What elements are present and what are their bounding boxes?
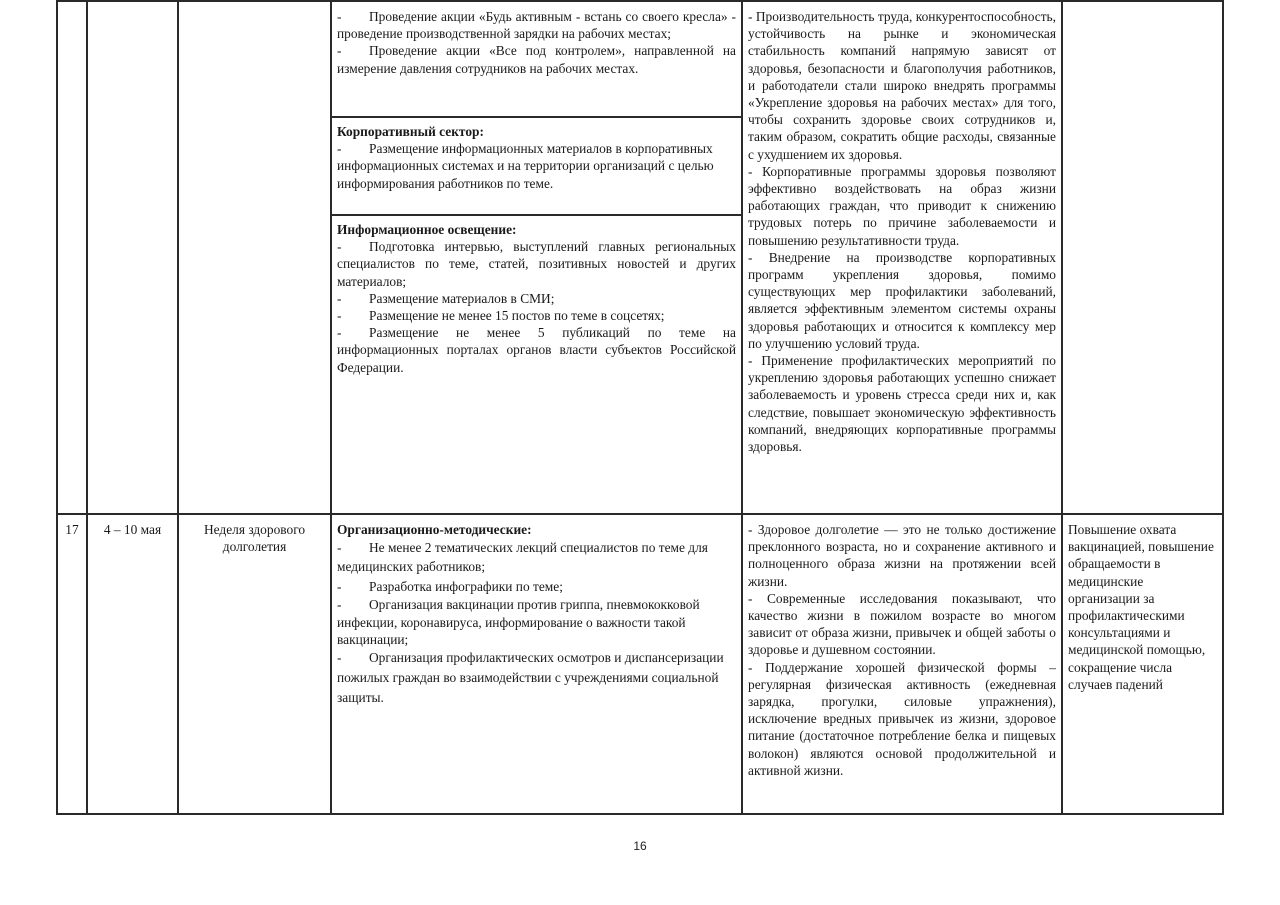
table-border [177,0,179,815]
key-messages-cell: - Производительность труда, конкурентосп… [742,3,1062,514]
key-message: - Современные исследования показывают, ч… [748,590,1056,659]
activities-block-corporate: Корпоративный сектор: -Размещение информ… [331,118,742,214]
table-border [330,0,332,815]
activity-item: -Размещение информационных материалов в … [337,140,736,192]
event-cell: Неделя здорового долголетия [178,516,331,814]
block-heading: Информационное освещение: [337,221,736,238]
activity-item: -Разработка инфографики по теме; [337,577,736,596]
activity-item: -Размещение материалов в СМИ; [337,290,736,307]
activity-item: -Проведение акции «Будь активным - встан… [337,8,736,42]
key-message: - Внедрение на производстве корпоративны… [748,249,1056,352]
table-border [56,0,58,815]
activities-block-media: Информационное освещение: -Подготовка ин… [331,216,742,514]
table-border [741,0,743,815]
dates-cell: 4 – 10 мая [87,516,178,814]
row-number-cell: 17 [57,516,87,814]
activity-item: -Размещение не менее 5 публикаций по тем… [337,324,736,376]
activities-block: -Проведение акции «Будь активным - встан… [331,3,742,116]
activities-block-organizational: Организационно-методические: -Не менее 2… [331,516,742,814]
document-page: -Проведение акции «Будь активным - встан… [0,0,1280,905]
activity-item: -Проведение акции «Все под контролем», н… [337,42,736,76]
expected-result-cell: Повышение охвата вакцинацией, повышение … [1062,516,1223,814]
key-message: - Корпоративные программы здоровья позво… [748,163,1056,249]
key-message: - Применение профилактических мероприяти… [748,352,1056,455]
dates-cell [87,0,178,514]
event-cell [178,0,331,514]
block-heading: Корпоративный сектор: [337,123,736,140]
activity-item: -Подготовка интервью, выступлений главны… [337,238,736,290]
activity-item: -Организация вакцинации против гриппа, п… [337,596,736,648]
key-messages-cell: - Здоровое долголетие — это не только до… [742,516,1062,814]
table-border [86,0,88,815]
key-message: - Поддержание хорошей физической формы –… [748,659,1056,779]
block-heading: Организационно-методические: [337,521,736,538]
table-border [56,0,1224,2]
activity-item: -Размещение не менее 15 постов по теме в… [337,307,736,324]
activity-item: -Не менее 2 тематических лекций специали… [337,538,736,577]
page-number: 16 [0,839,1280,853]
table-border [1061,0,1063,815]
table-border [1222,0,1224,815]
activity-item: -Организация профилактических осмотров и… [337,648,736,707]
table-border [331,214,743,216]
key-message: - Производительность труда, конкурентосп… [748,8,1056,163]
table-border [56,813,1224,815]
expected-result-cell [1062,3,1223,514]
row-number-cell [57,0,87,514]
table-border [331,116,743,118]
key-message: - Здоровое долголетие — это не только до… [748,521,1056,590]
table-border [56,513,1224,515]
